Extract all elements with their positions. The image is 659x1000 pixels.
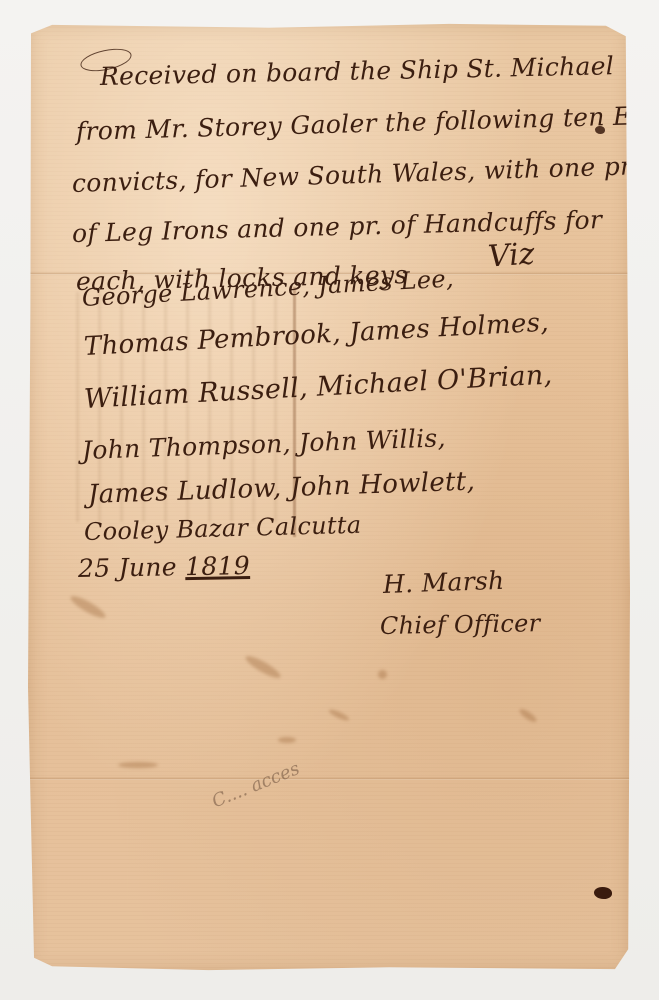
photo-backdrop: Received on board the Ship St. Michael f…: [0, 0, 659, 1000]
convict-names-line-4: John Thompson, John Willis,: [81, 423, 446, 465]
convict-names-line-2: Thomas Pembrook, James Holmes,: [83, 308, 549, 362]
date-year: 1819: [185, 551, 250, 581]
document-date: 25 June 1819: [78, 551, 250, 583]
handwritten-text: Received on board the Ship St. Michael f…: [28, 22, 630, 972]
convict-names-line-5: James Ludlow, John Howlett,: [87, 466, 475, 509]
signature-title: Chief Officer: [380, 609, 541, 640]
document-paper: Received on board the Ship St. Michael f…: [28, 22, 630, 972]
body-line-3: convicts, for New South Wales, with one …: [72, 151, 639, 198]
body-line-1: Received on board the Ship St. Michael: [100, 51, 615, 91]
pencil-annotation: C.... acces: [209, 758, 303, 812]
viz-label: Viz: [487, 236, 536, 274]
signature-name: H. Marsh: [382, 566, 504, 599]
convict-names-line-3: William Russell, Michael O'Brian,: [83, 359, 553, 415]
date-day-month: 25 June: [78, 552, 177, 583]
location-line: Cooley Bazar Calcutta: [84, 511, 362, 546]
body-line-2: from Mr. Storey Gaoler the following ten…: [76, 99, 659, 146]
